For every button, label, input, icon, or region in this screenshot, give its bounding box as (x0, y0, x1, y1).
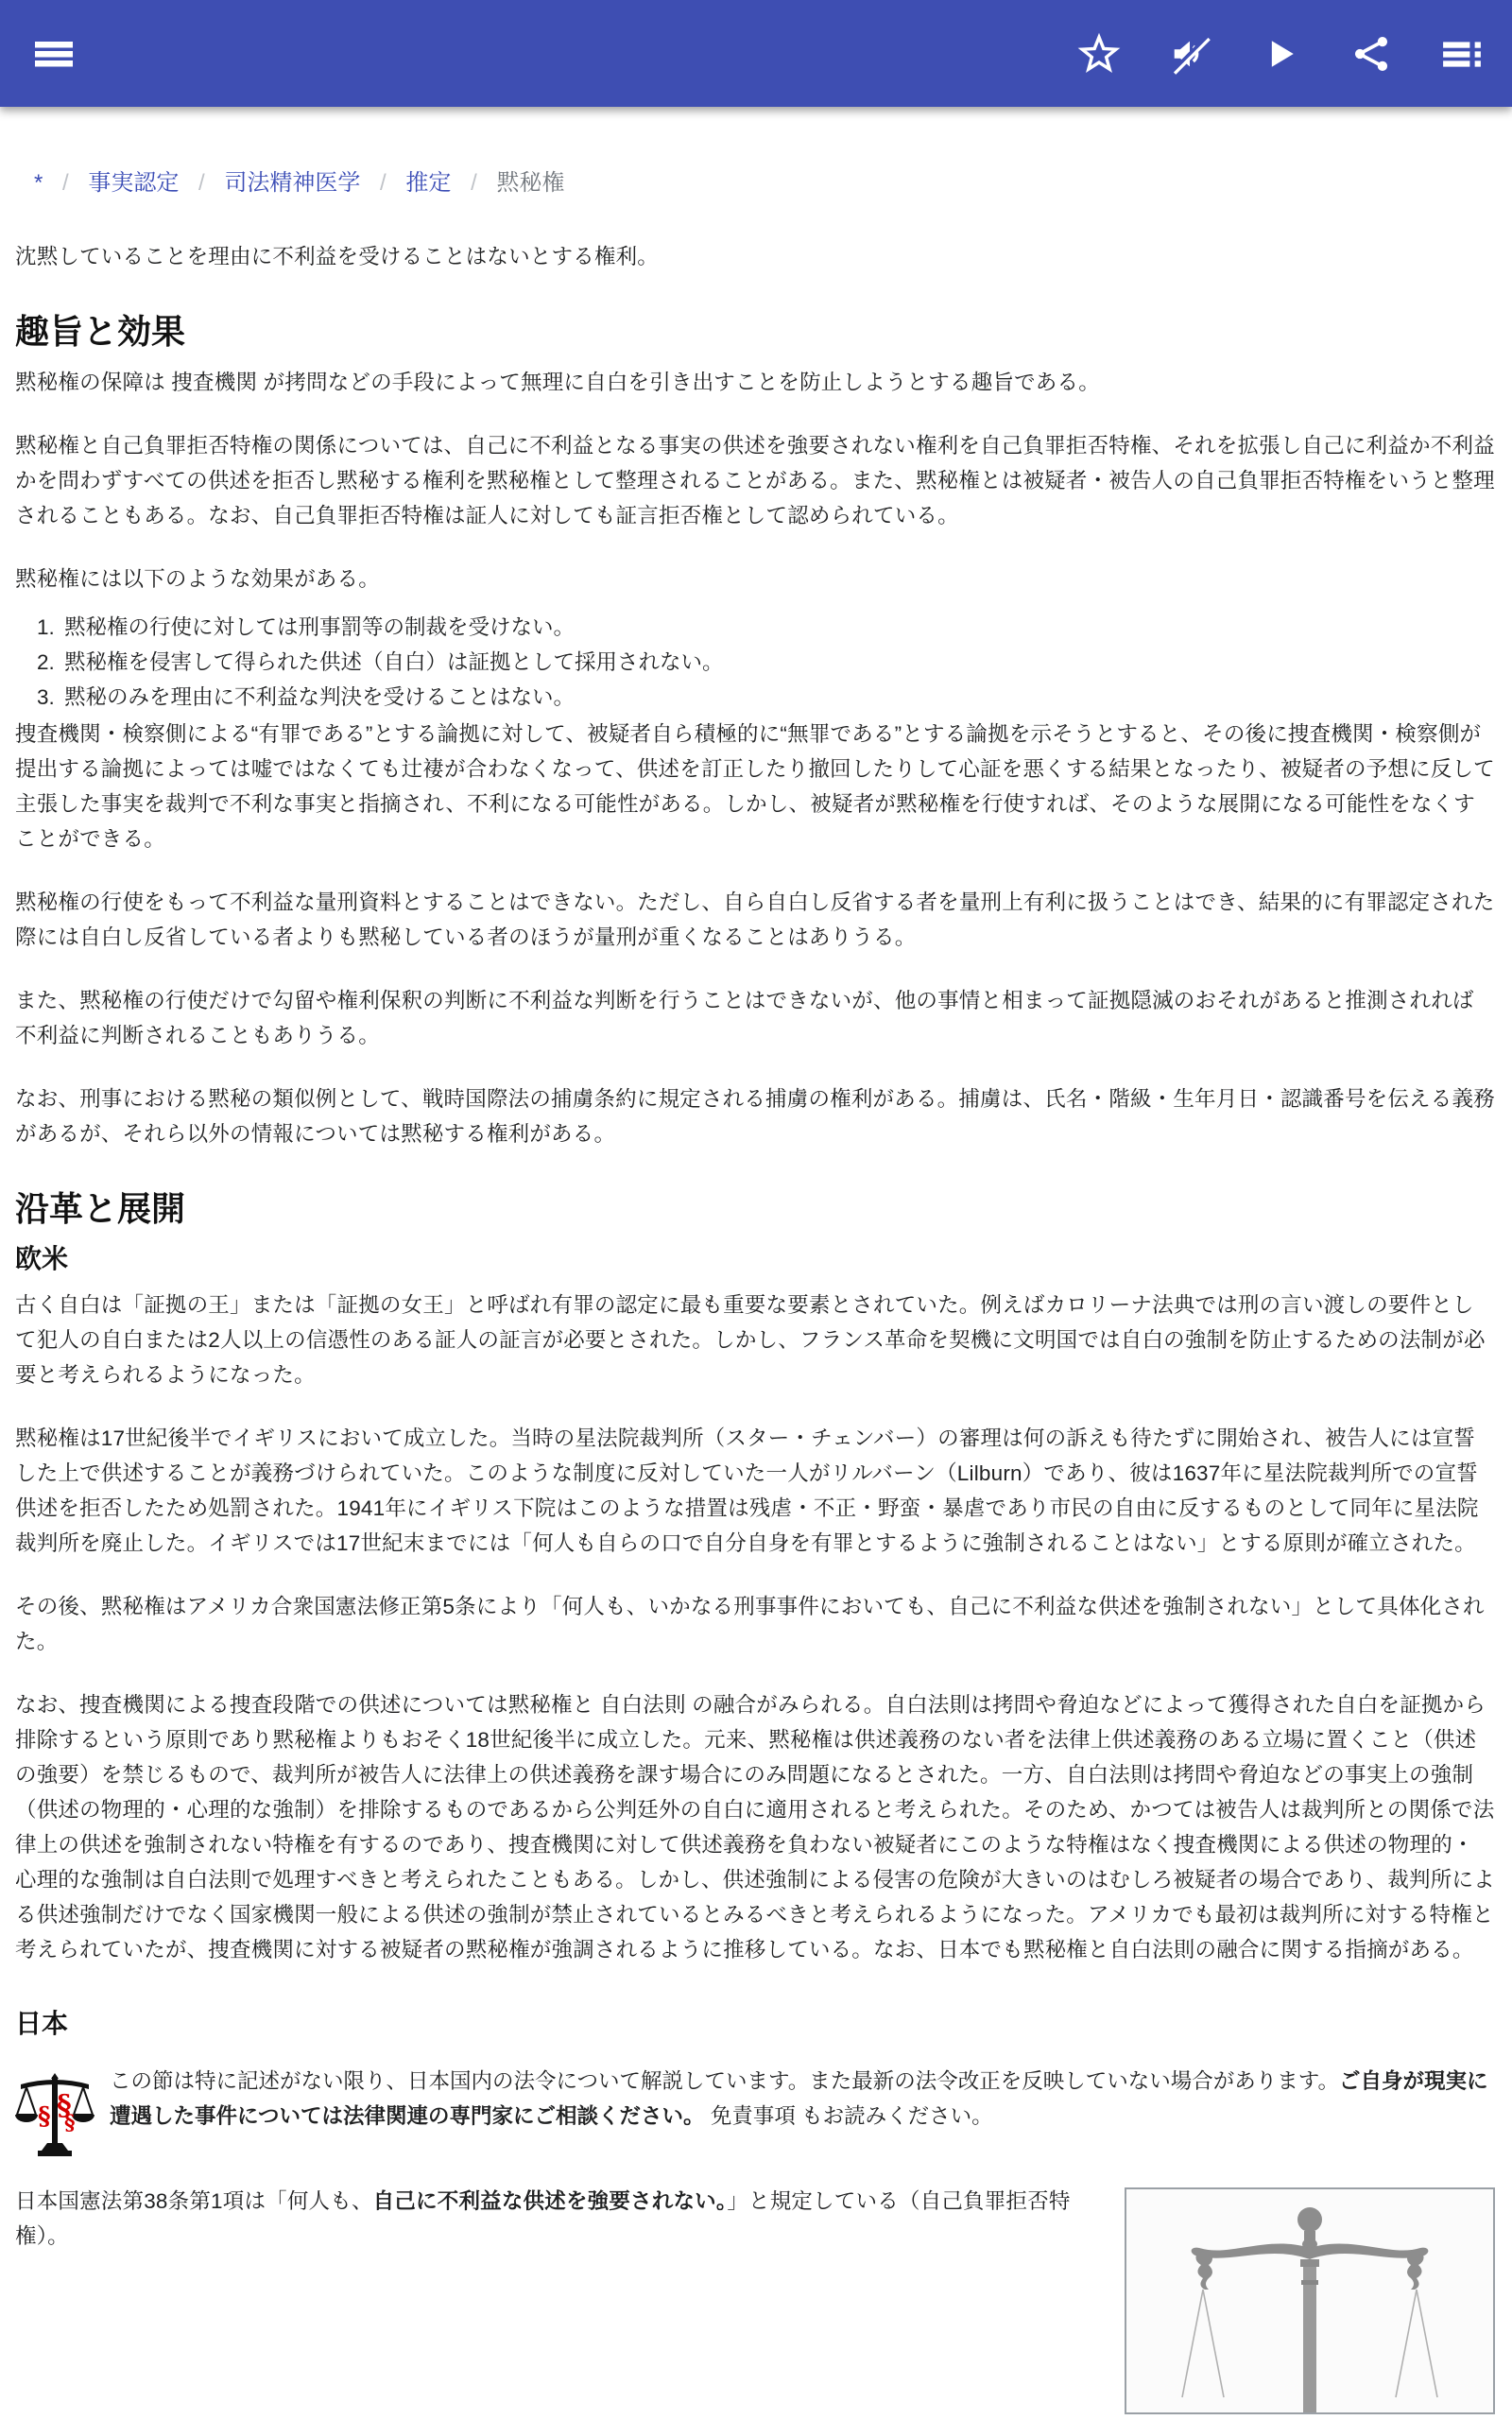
paragraph: 黙秘権と自己負罪拒否特権の関係については、自己に不利益となる事実の供述を強要され… (15, 428, 1495, 533)
disclaimer-pre: この節は特に記述がない限り、日本国内の法令について解説しています。また最新の法令… (110, 2069, 1339, 2093)
law-bold: 自己に不利益な供述を強要されない。 (373, 2189, 728, 2213)
paragraph: 日本国憲法第38条第1項は「何人も、自己に不利益な供述を強要されない。」と規定し… (15, 2184, 1074, 2254)
bookmark-button[interactable] (1077, 32, 1121, 76)
read-aloud-button[interactable] (1259, 32, 1302, 76)
scales-paragraph-icon: § § § (15, 2064, 98, 2163)
play-icon (1260, 33, 1301, 75)
subsection-title-west: 欧米 (15, 1240, 1495, 1278)
section-title-history: 沿革と展開 (15, 1185, 1495, 1233)
breadcrumb-separator: / (62, 170, 69, 196)
breadcrumb-home-link[interactable]: * (34, 170, 43, 196)
breadcrumb: * / 事実認定 / 司法精神医学 / 推定 / 黙秘権 (34, 167, 1495, 199)
paragraph: 捜査機関・検察側による“有罪である”とする論拠に対して、被疑者自ら積極的に“無罪… (15, 717, 1495, 856)
toc-button[interactable] (1440, 32, 1484, 76)
breadcrumb-link-presumption[interactable]: 推定 (405, 170, 451, 196)
list-item: 黙秘権を侵害して得られた供述（自白）は証拠として採用されない。 (60, 645, 1495, 680)
article-lead: 沈黙していることを理由に不利益を受けることはないとする権利。 (15, 239, 1495, 274)
svg-text:§: § (38, 2102, 51, 2131)
breadcrumb-link-fact-finding[interactable]: 事実認定 (88, 170, 179, 196)
list-item: 黙秘のみを理由に不利益な判決を受けることはない。 (60, 680, 1495, 715)
paragraph: 黙秘権の保障は 捜査機関 が拷問などの手段によって無理に自白を引き出すことを防止… (15, 365, 1495, 400)
list-item: 黙秘権の行使に対しては刑事罰等の制裁を受けない。 (60, 610, 1495, 645)
mute-button[interactable] (1168, 32, 1211, 76)
star-outline-icon (1077, 32, 1121, 76)
breadcrumb-current-page: 黙秘権 (496, 170, 564, 196)
japan-law-block: 日本国憲法第38条第1項は「何人も、自己に不利益な供述を強要されない。」と規定し… (15, 2184, 1495, 2254)
table-of-contents-icon (1441, 33, 1483, 75)
paragraph: また、黙秘権の行使だけで勾留や権利保釈の判断に不利益な判断を行うことはできないが… (15, 983, 1495, 1053)
paragraph: その後、黙秘権はアメリカ合衆国憲法修正第5条により「何人も、いかなる刑事事件にお… (15, 1589, 1495, 1659)
legal-disclaimer-notice: § § § この節は特に記述がない限り、日本国内の法令について解説しています。ま… (15, 2064, 1495, 2163)
law-pre: 日本国憲法第38条第1項は「何人も、 (15, 2189, 373, 2213)
app-bar (0, 0, 1512, 107)
breadcrumb-separator: / (198, 170, 205, 196)
disclaimer-post: 免責事項 もお読みください。 (705, 2104, 993, 2128)
paragraph: 黙秘権は17世紀後半でイギリスにおいて成立した。当時の星法院裁判所（スター・チェ… (15, 1421, 1495, 1561)
svg-text:§: § (64, 2111, 76, 2135)
paragraph: なお、刑事における黙秘の類似例として、戦時国際法の捕虜条約に規定される捕虜の権利… (15, 1081, 1495, 1151)
share-button[interactable] (1349, 32, 1393, 76)
effects-list: 黙秘権の行使に対しては刑事罰等の制裁を受けない。 黙秘権を侵害して得られた供述（… (15, 610, 1495, 715)
section-title-purpose: 趣旨と効果 (15, 308, 1495, 355)
hamburger-menu-icon (34, 34, 74, 74)
menu-button[interactable] (32, 32, 76, 76)
article-content: * / 事実認定 / 司法精神医学 / 推定 / 黙秘権 沈黙していることを理由… (0, 167, 1512, 2254)
breadcrumb-separator: / (380, 170, 387, 196)
paragraph: 黙秘権の行使をもって不利益な量刑資料とすることはできない。ただし、自ら自白し反省… (15, 885, 1495, 955)
volume-off-icon (1168, 32, 1211, 76)
share-icon (1350, 33, 1392, 75)
paragraph: 古く自白は「証拠の王」または「証拠の女王」と呼ばれ有罪の認定に最も重要な要素とさ… (15, 1288, 1495, 1392)
subsection-title-japan: 日本 (15, 2005, 1495, 2043)
paragraph: なお、捜査機関による捜査段階での供述については黙秘権と 自白法則 の融合がみられ… (15, 1687, 1495, 1967)
disclaimer-text: この節は特に記述がない限り、日本国内の法令について解説しています。また最新の法令… (98, 2064, 1495, 2134)
scales-of-justice-thumbnail[interactable] (1125, 2187, 1495, 2414)
paragraph: 黙秘権には以下のような効果がある。 (15, 562, 1495, 596)
breadcrumb-link-forensic-psychiatry[interactable]: 司法精神医学 (224, 170, 360, 196)
breadcrumb-separator: / (471, 170, 477, 196)
